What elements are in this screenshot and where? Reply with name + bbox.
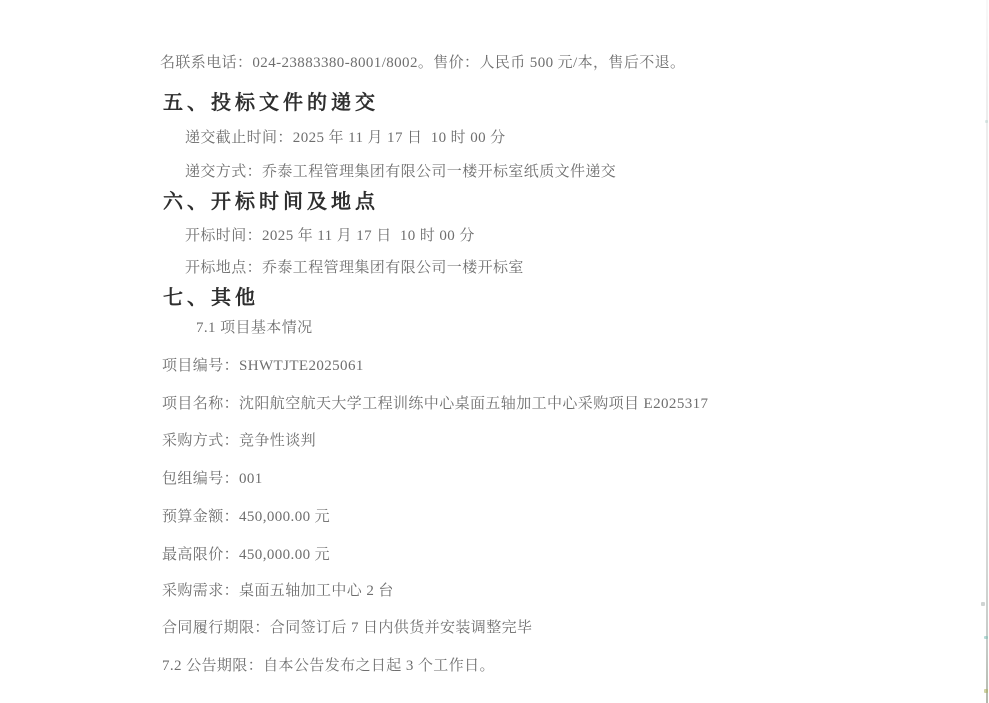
submission-method-line: 递交方式：乔泰工程管理集团有限公司一楼开标室纸质文件递交 — [185, 162, 616, 182]
project-name-line: 项目名称：沈阳航空航天大学工程训练中心桌面五轴加工中心采购项目 E2025317 — [162, 394, 708, 414]
procurement-method-line: 采购方式：竞争性谈判 — [162, 431, 316, 451]
section-7-heading: 七、其他 — [163, 286, 259, 311]
scanned-document-page: 名联系电话：024-23883380-8001/8002。售价：人民币 500 … — [0, 0, 989, 703]
contract-period-line: 合同履行期限：合同签订后 7 日内供货并安装调整完毕 — [162, 618, 532, 638]
bid-opening-time-line: 开标时间：2025 年 11 月 17 日 10 时 00 分 — [185, 226, 475, 246]
scan-artifact-speck — [984, 636, 988, 639]
subsection-7-1-line: 7.1 项目基本情况 — [196, 318, 313, 338]
scan-artifact-speck — [985, 120, 988, 123]
contact-phone-price-line: 名联系电话：024-23883380-8001/8002。售价：人民币 500 … — [160, 53, 685, 73]
budget-amount-line: 预算金额：450,000.00 元 — [162, 507, 330, 527]
section-6-heading: 六、开标时间及地点 — [163, 190, 379, 215]
section-5-heading: 五、投标文件的递交 — [163, 91, 379, 116]
scan-artifact-streak — [986, 0, 988, 703]
project-number-line: 项目编号：SHWTJTE2025061 — [162, 356, 364, 376]
scan-artifact-speck — [984, 689, 988, 693]
max-price-line: 最高限价：450,000.00 元 — [162, 545, 330, 565]
scan-artifact-speck — [981, 602, 985, 606]
procurement-demand-line: 采购需求：桌面五轴加工中心 2 台 — [162, 581, 394, 601]
announcement-period-line: 7.2 公告期限：自本公告发布之日起 3 个工作日。 — [162, 656, 495, 676]
package-number-line: 包组编号：001 — [162, 469, 263, 489]
bid-opening-place-line: 开标地点：乔泰工程管理集团有限公司一楼开标室 — [185, 258, 524, 278]
submission-deadline-line: 递交截止时间：2025 年 11 月 17 日 10 时 00 分 — [185, 128, 506, 148]
